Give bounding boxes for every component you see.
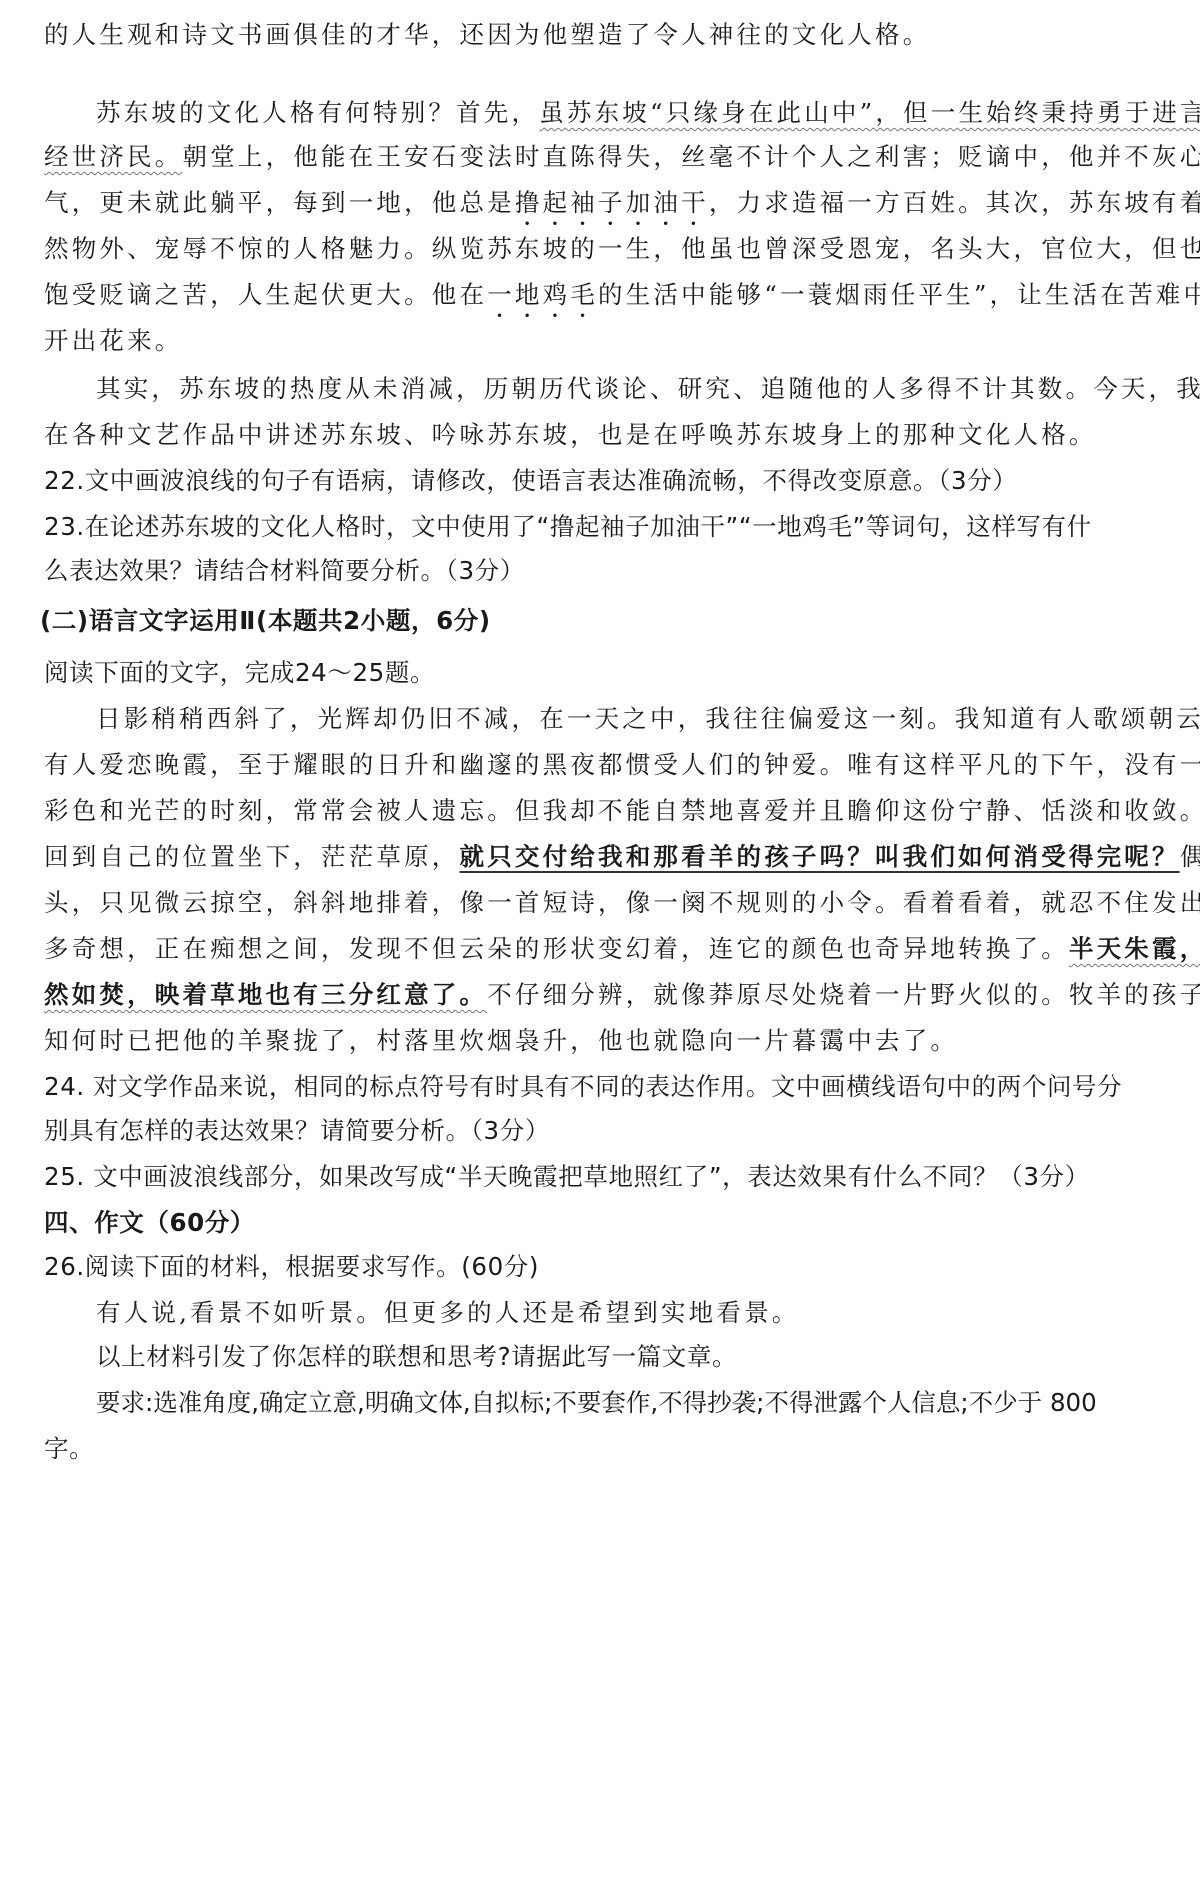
essay-requirements-line-2: 字。 — [44, 1432, 94, 1466]
essay-prompt: 以上材料引发了你怎样的联想和思考?请据此写一篇文章。 — [96, 1340, 737, 1374]
passage1-line-1: 的人生观和诗文书画俱佳的才华，还因为他塑造了令人神往的文化人格。 — [44, 18, 930, 52]
wavy-underlined-phrase: 半天朱霞，粲 — [1069, 934, 1200, 963]
question-23-line-2: 么表达效果？请结合材料简要分析。（3分） — [44, 554, 525, 588]
section-2-intro: 阅读下面的文字，完成24～25题。 — [44, 656, 435, 690]
wavy-underlined-phrase-end: 然如焚，映着草地也有三分红意了。 — [44, 980, 487, 1009]
passage1-text: ，力求造福一方百姓。其次，苏东坡有着超 — [709, 188, 1200, 217]
passage1-paragraph3-line-2: 在各种文艺作品中讲述苏东坡、吟咏苏东坡，也是在呼唤苏东坡身上的那种文化人格。 — [44, 418, 1097, 452]
passage1-text: 朝堂上，他能在王安石变法时直陈得失，丝毫不计个人之利害；贬谪中，他并不灰心丧 — [183, 142, 1200, 171]
dotted-phrase: 撸起袖子加油干 — [515, 188, 709, 217]
passage2-line-4: 回到自己的位置坐下，茫茫草原，就只交付给我和那看羊的孩子吗？叫我们如何消受得完呢… — [44, 840, 1200, 874]
passage2-line-8: 知何时已把他的羊聚拢了，村落里炊烟袅升，他也就隐向一片暮霭中去了。 — [44, 1024, 958, 1058]
question-24-line-1: 24. 对文学作品来说，相同的标点符号有时具有不同的表达作用。文中画横线语句中的… — [44, 1070, 1122, 1104]
question-23-line-1: 23.在论述苏东坡的文化人格时，文中使用了“撸起袖子加油干”“一地鸡毛”等词句，… — [44, 510, 1092, 544]
passage1-paragraph2-line-5: 饱受贬谪之苦，人生起伏更大。他在一地鸡毛的生活中能够“一蓑烟雨任平生”，让生活在… — [44, 278, 1200, 323]
question-26: 26.阅读下面的材料，根据要求写作。(60分) — [44, 1250, 539, 1284]
passage2-line-2: 有人爱恋晚霞，至于耀眼的日升和幽邃的黑夜都惯受人们的钟爱。唯有这样平凡的下午，没… — [44, 748, 1200, 782]
section-2-heading: (二)语言文字运用Ⅱ(本题共2小题，6分) — [40, 604, 491, 638]
passage1-paragraph2-line-2: 经世济民。朝堂上，他能在王安石变法时直陈得失，丝毫不计个人之利害；贬谪中，他并不… — [44, 140, 1200, 174]
essay-requirements-line-1: 要求:选准角度,确定立意,明确文体,自拟标;不要套作,不得抄袭;不得泄露个人信息… — [96, 1386, 1097, 1420]
passage1-text: 气，更未就此躺平，每到一地，他总是 — [44, 188, 515, 217]
passage1-text: 的生活中能够“一蓑烟雨任平生”，让生活在苦难中 — [598, 280, 1200, 309]
passage1-paragraph2-line-1: 苏东坡的文化人格有何特别？首先，虽苏东坡“只缘身在此山中”，但一生始终秉持勇于进… — [96, 96, 1200, 130]
passage2-text: 回到自己的位置坐下，茫茫草原， — [44, 842, 460, 871]
passage1-text: 饱受贬谪之苦，人生起伏更大。他在 — [44, 280, 487, 309]
question-22: 22.文中画波浪线的句子有语病，请修改，使语言表达准确流畅，不得改变原意。（3分… — [44, 464, 1017, 498]
passage1-paragraph3-line-1: 其实，苏东坡的热度从未消减，历朝历代谈论、研究、追随他的人多得不计其数。今天，我… — [96, 372, 1200, 406]
passage1-paragraph2-line-4: 然物外、宠辱不惊的人格魅力。纵览苏东坡的一生，他虽也曾深受恩宠，名头大，官位大，… — [44, 232, 1200, 266]
essay-material: 有人说,看景不如听景。但更多的人还是希望到实地看景。 — [96, 1296, 800, 1330]
question-25: 25. 文中画波浪线部分，如果改写成“半天晚霞把草地照红了”，表达效果有什么不同… — [44, 1160, 1090, 1194]
passage2-text: 偶抬 — [1180, 842, 1200, 871]
passage2-line-1: 日影稍稍西斜了，光辉却仍旧不减，在一天之中，我往往偏爱这一刻。我知道有人歌颂朝云… — [96, 702, 1200, 736]
passage1-text: 苏东坡的文化人格有何特别？首先， — [96, 98, 539, 127]
passage2-line-7: 然如焚，映着草地也有三分红意了。不仔细分辨，就像莽原尽处烧着一片野火似的。牧羊的… — [44, 978, 1200, 1012]
passage2-line-5: 头，只见微云掠空，斜斜地排着，像一首短诗，像一阕不规则的小令。看着看着，就忍不住… — [44, 886, 1200, 920]
straight-underlined-sentence: 就只交付给我和那看羊的孩子吗？叫我们如何消受得完呢？ — [460, 842, 1180, 871]
passage1-paragraph2-line-3: 气，更未就此躺平，每到一地，他总是撸起袖子加油干，力求造福一方百姓。其次，苏东坡… — [44, 186, 1200, 231]
wavy-underlined-sentence-end: 经世济民。 — [44, 142, 183, 171]
passage2-text: 多奇想，正在痴想之间，发现不但云朵的形状变幻着，连它的颜色也奇异地转换了。 — [44, 934, 1069, 963]
passage2-text: 不仔细分辨，就像莽原尽处烧着一片野火似的。牧羊的孩子不 — [487, 980, 1200, 1009]
section-4-heading: 四、作文（60分） — [44, 1206, 255, 1240]
passage1-paragraph2-line-6: 开出花来。 — [44, 324, 183, 358]
passage2-line-6: 多奇想，正在痴想之间，发现不但云朵的形状变幻着，连它的颜色也奇异地转换了。半天朱… — [44, 932, 1200, 966]
wavy-underlined-sentence: 虽苏东坡“只缘身在此山中”，但一生始终秉持勇于进言、 — [539, 98, 1200, 127]
dotted-phrase: 一地鸡毛 — [487, 280, 598, 309]
question-24-line-2: 别具有怎样的表达效果？请简要分析。（3分） — [44, 1114, 550, 1148]
passage2-line-3: 彩色和光芒的时刻，常常会被人遗忘。但我却不能自禁地喜爱并且瞻仰这份宁静、恬淡和收… — [44, 794, 1200, 828]
